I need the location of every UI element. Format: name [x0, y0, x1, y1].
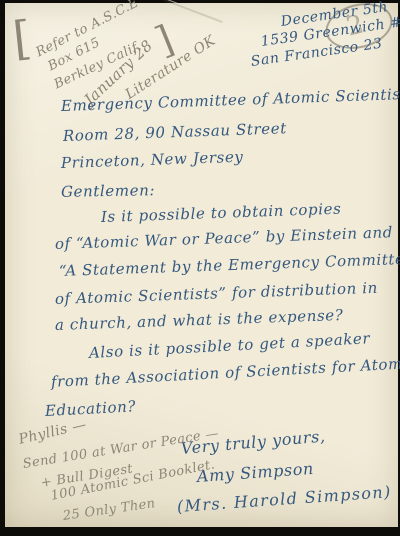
body-line: of Atomic Scientists” for distribution i…: [55, 281, 378, 307]
pencil-memo-line: 25 Only Then: [62, 497, 156, 523]
pencil-memo-line: Phyllis —: [17, 418, 87, 447]
letter-paper: [ Refer to A.S.C.E Box 615 Berkley Calif…: [5, 3, 398, 527]
body-line: Is it possible to obtain copies: [101, 202, 342, 225]
body-line: a church, and what is the expense?: [55, 308, 344, 333]
pencil-bracket-open: [: [11, 14, 34, 62]
salutation: Gentlemen:: [61, 183, 155, 200]
recipient-street: Room 28, 90 Nassau Street: [63, 121, 287, 144]
recipient-city: Princeton, New Jersey: [61, 150, 244, 171]
letter-scan: [ Refer to A.S.C.E Box 615 Berkley Calif…: [0, 0, 400, 536]
body-line: of “Atomic War or Peace” by Einstein and: [55, 225, 393, 252]
body-line: Education?: [45, 399, 137, 419]
signature-note: (Mrs. Harold Simpson): [176, 484, 392, 515]
body-line: “A Statement by the Emergency Committee: [59, 252, 400, 279]
body-line: Also is it possible to get a speaker: [89, 331, 371, 361]
